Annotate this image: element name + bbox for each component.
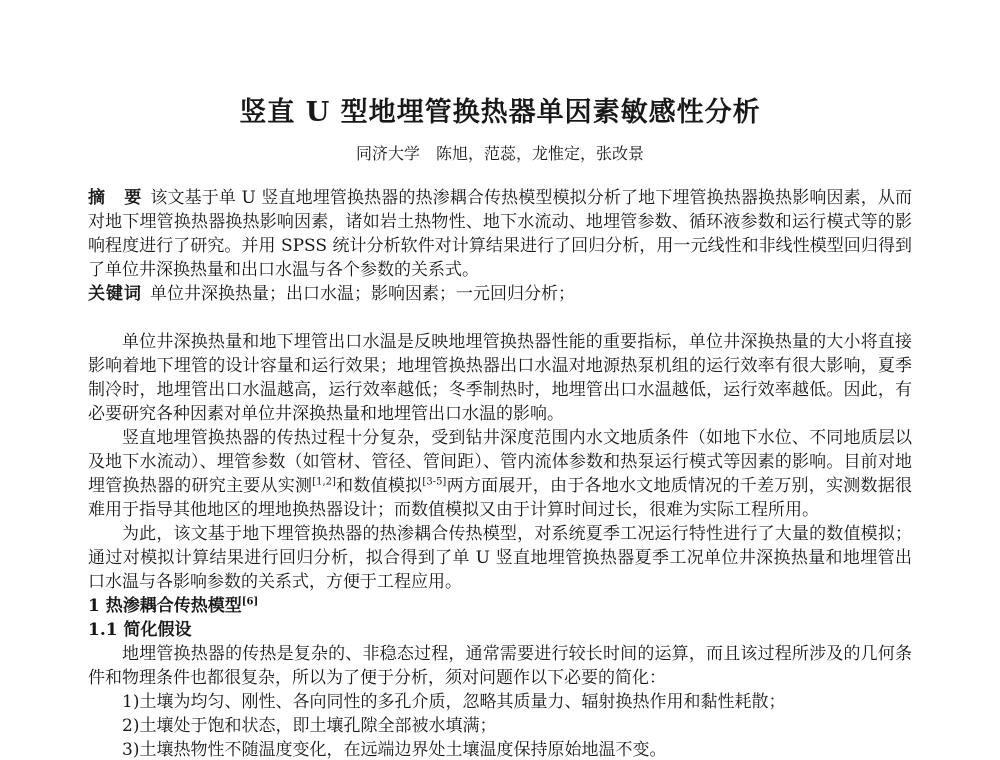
assumption-item-2: 2)土壤处于饱和状态，即土壤孔隙全部被水填满； <box>88 714 912 738</box>
scanned-paper-page: 竖直 U 型地埋管换热器单因素敏感性分析 同济大学 陈旭，范蕊，龙惟定，张改景 … <box>0 0 1000 760</box>
abstract-text: 该文基于单 U 竖直地埋管换热器的热渗耦合传热模型模拟分析了地下埋管换热器换热影… <box>88 188 912 280</box>
abstract-label: 摘 要 <box>88 188 142 208</box>
citation-ref-1: [1,2] <box>312 476 336 487</box>
assumption-item-3: 3)土壤热物性不随温度变化，在远端边界处土壤温度保持原始地温不变。 <box>88 738 912 760</box>
paragraph-intro-2: 竖直地埋管换热器的传热过程十分复杂，受到钻井深度范围内水文地质条件（如地下水位、… <box>88 426 912 522</box>
citation-ref-2: [3-5] <box>422 476 446 487</box>
author-line: 同济大学 陈旭，范蕊，龙惟定，张改景 <box>88 140 912 168</box>
keywords-line: 关键词单位井深换热量；出口水温；影响因素；一元回归分析； <box>88 282 912 306</box>
paragraph-intro-1: 单位井深换热量和地下埋管出口水温是反映地埋管换热器性能的重要指标，单位井深换热量… <box>88 330 912 426</box>
section-1-1-heading: 1.1 简化假设 <box>88 618 912 642</box>
keywords-text: 单位井深换热量；出口水温；影响因素；一元回归分析； <box>150 284 575 304</box>
section-1-title: 1 热渗耦合传热模型 <box>88 596 242 616</box>
paragraph-intro-3: 为此，该文基于地下埋管换热器的热渗耦合传热模型，对系统夏季工况运行特性进行了大量… <box>88 522 912 594</box>
assumption-item-1: 1)土壤为均匀、刚性、各向同性的多孔介质，忽略其质量力、辐射换热作用和黏性耗散； <box>88 690 912 714</box>
citation-ref-3: [6] <box>242 596 258 607</box>
body-text: 单位井深换热量和地下埋管出口水温是反映地埋管换热器性能的重要指标，单位井深换热量… <box>88 330 912 760</box>
paper-title: 竖直 U 型地埋管换热器单因素敏感性分析 <box>88 92 912 134</box>
abstract-paragraph: 摘 要该文基于单 U 竖直地埋管换热器的热渗耦合传热模型模拟分析了地下埋管换热器… <box>88 186 912 282</box>
assumptions-intro: 地埋管换热器的传热是复杂的、非稳态过程，通常需要进行较长时间的运算，而且该过程所… <box>88 642 912 690</box>
keywords-label: 关键词 <box>88 284 142 304</box>
paragraph-text: 和数值模拟 <box>336 476 422 496</box>
section-1-heading: 1 热渗耦合传热模型[6] <box>88 594 912 618</box>
